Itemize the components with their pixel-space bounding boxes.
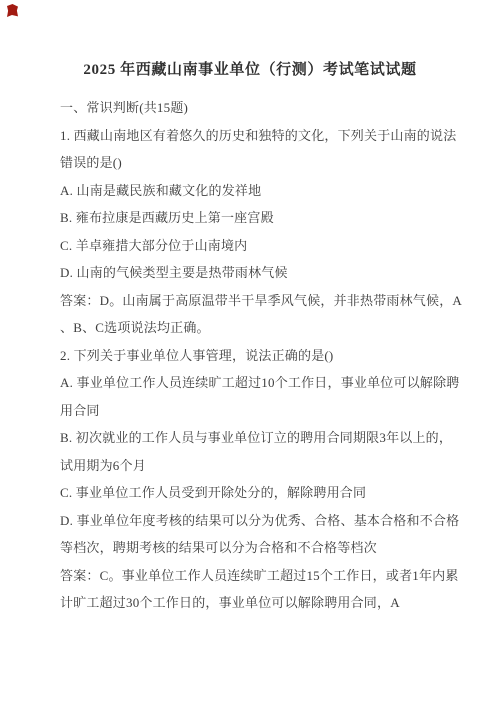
- question-1-answer-line: 答案：D。山南属于高原温带半干旱季风气候，并非热带雨林气候，A: [60, 287, 452, 315]
- question-2-answer-line: 计旷工超过30个工作日的，事业单位可以解除聘用合同，A: [60, 589, 452, 617]
- question-2-option-a: A. 事业单位工作人员连续旷工超过10个工作日，事业单位可以解除聘: [60, 369, 452, 397]
- question-1-option-c: C. 羊卓雍措大部分位于山南境内: [60, 232, 452, 260]
- question-2-line: 2. 下列关于事业单位人事管理，说法正确的是(): [60, 342, 452, 370]
- question-1-option-d: D. 山南的气候类型主要是热带雨林气候: [60, 259, 452, 287]
- question-1-option-a: A. 山南是藏民族和藏文化的发祥地: [60, 177, 452, 205]
- question-2-option-d: D. 事业单位年度考核的结果可以分为优秀、合格、基本合格和不合格: [60, 507, 452, 535]
- question-1-line: 错误的是(): [60, 149, 452, 177]
- document-body: 一、常识判断(共15题) 1. 西藏山南地区有着悠久的历史和独特的文化，下列关于…: [60, 94, 452, 617]
- question-2-option-a: 用合同: [60, 397, 452, 425]
- red-corner-mark: [7, 4, 18, 17]
- question-2-option-b: 试用期为6个月: [60, 452, 452, 480]
- document-page: 2025 年西藏山南事业单位（行测）考试笔试试题 一、常识判断(共15题) 1.…: [0, 0, 500, 708]
- question-1-option-b: B. 雍布拉康是西藏历史上第一座宫殿: [60, 204, 452, 232]
- question-2-option-d: 等档次，聘期考核的结果可以分为合格和不合格等档次: [60, 534, 452, 562]
- question-2-answer-line: 答案：C。事业单位工作人员连续旷工超过15个工作日，或者1年内累: [60, 562, 452, 590]
- question-2-option-b: B. 初次就业的工作人员与事业单位订立的聘用合同期限3年以上的，: [60, 424, 452, 452]
- section-heading: 一、常识判断(共15题): [60, 94, 452, 122]
- question-2-option-c: C. 事业单位工作人员受到开除处分的，解除聘用合同: [60, 479, 452, 507]
- document-title: 2025 年西藏山南事业单位（行测）考试笔试试题: [0, 0, 500, 81]
- question-1-line: 1. 西藏山南地区有着悠久的历史和独特的文化，下列关于山南的说法: [60, 122, 452, 150]
- question-1-answer-line: 、B、C选项说法均正确。: [60, 314, 452, 342]
